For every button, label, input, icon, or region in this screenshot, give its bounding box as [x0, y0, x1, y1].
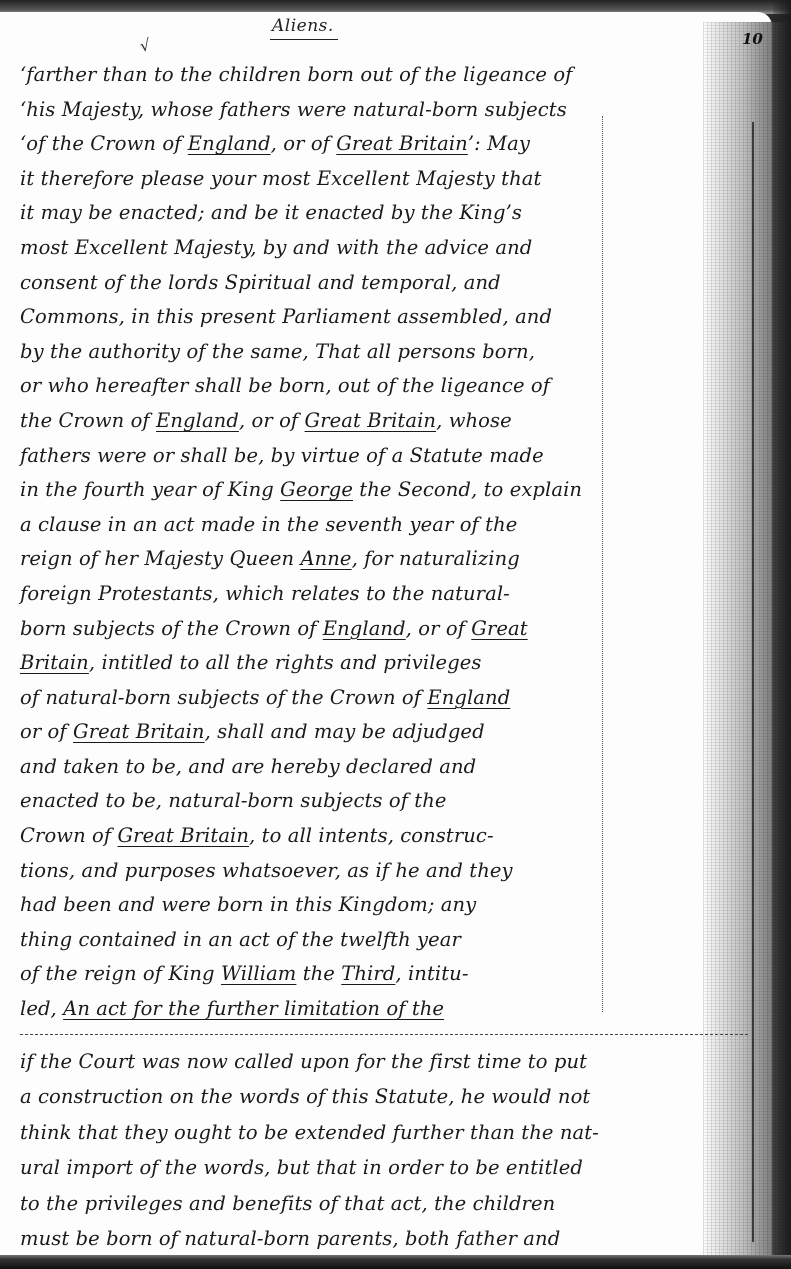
underlined-phrase: George [280, 478, 353, 501]
statute-line: in the fourth year of King George the Se… [20, 473, 610, 508]
text-segment: , or of [239, 409, 305, 432]
text-segment: a construction on the words of this Stat… [20, 1085, 590, 1108]
underlined-phrase: An act for the further limitation of the [63, 997, 444, 1020]
text-segment: if the Court was now called upon for the… [20, 1050, 587, 1073]
scan-right-edge [773, 0, 791, 1269]
text-segment: , to all intents, construc- [249, 824, 494, 847]
text-segment: the [296, 962, 341, 985]
statute-line: thing contained in an act of the twelfth… [20, 923, 610, 958]
statute-line: ‘his Majesty, whose fathers were natural… [20, 93, 610, 128]
text-segment: ‘of the Crown of [20, 132, 188, 155]
text-segment: or who hereafter shall be born, out of t… [20, 374, 550, 397]
underlined-phrase: England [323, 617, 406, 640]
underlined-phrase: England [188, 132, 271, 155]
text-segment: and taken to be, and are hereby declared… [20, 755, 476, 778]
statute-line: most Excellent Majesty, by and with the … [20, 231, 610, 266]
text-segment: it may be enacted; and be it enacted by … [20, 201, 522, 224]
page-number: 10 [742, 30, 763, 48]
statute-line: tions, and purposes whatsoever, as if he… [20, 854, 610, 889]
text-segment: thing contained in an act of the twelfth… [20, 928, 461, 951]
text-segment: led, [20, 997, 63, 1020]
underlined-phrase: Great Britain [336, 132, 468, 155]
underlined-phrase: Britain [20, 651, 89, 674]
underlined-phrase: William [221, 962, 296, 985]
underlined-phrase: Great Britain [305, 409, 437, 432]
statute-line: consent of the lords Spiritual and tempo… [20, 266, 610, 301]
statute-line: Britain, intitled to all the rights and … [20, 646, 610, 681]
statute-line: it therefore please your most Excellent … [20, 162, 610, 197]
statute-line: or who hereafter shall be born, out of t… [20, 369, 610, 404]
text-segment: Crown of [20, 824, 118, 847]
section-divider [20, 1034, 748, 1035]
text-segment: the Second, to explain [353, 478, 582, 501]
text-segment: born subjects of the Crown of [20, 617, 323, 640]
text-segment: tions, and purposes whatsoever, as if he… [20, 859, 513, 882]
text-segment: , for naturalizing [352, 547, 520, 570]
text-segment: it therefore please your most Excellent … [20, 167, 541, 190]
text-segment: think that they ought to be extended fur… [20, 1121, 599, 1144]
underlined-phrase: Great Britain [118, 824, 250, 847]
text-segment: , intitled to all the rights and privile… [89, 651, 482, 674]
statute-line: or of Great Britain, shall and may be ad… [20, 715, 610, 750]
commentary-line: must be born of natural-born parents, bo… [20, 1221, 760, 1256]
quoted-statute-text: ‘farther than to the children born out o… [20, 58, 610, 1027]
statute-line: fathers were or shall be, by virtue of a… [20, 439, 610, 474]
statute-line: ‘of the Crown of England, or of Great Br… [20, 127, 610, 162]
text-segment: Commons, in this present Parliament asse… [20, 305, 552, 328]
text-segment: the Crown of [20, 409, 156, 432]
commentary-line: a construction on the words of this Stat… [20, 1079, 760, 1114]
statute-line: a clause in an act made in the seventh y… [20, 508, 610, 543]
text-segment: ural import of the words, but that in or… [20, 1156, 583, 1179]
statute-line: by the authority of the same, That all p… [20, 335, 610, 370]
underlined-phrase: England [156, 409, 239, 432]
commentary-line: if the Court was now called upon for the… [20, 1044, 760, 1079]
page-heading: Aliens. [272, 16, 334, 36]
text-segment: fathers were or shall be, by virtue of a… [20, 444, 544, 467]
text-segment: ‘farther than to the children born out o… [20, 63, 572, 86]
commentary-line: think that they ought to be extended fur… [20, 1115, 760, 1150]
commentary-text: if the Court was now called upon for the… [20, 1044, 760, 1256]
statute-line: and taken to be, and are hereby declared… [20, 750, 610, 785]
text-segment: of the reign of King [20, 962, 221, 985]
text-segment: enacted to be, natural-born subjects of … [20, 789, 447, 812]
scan-bottom-edge [0, 1255, 791, 1269]
text-segment: had been and were born in this Kingdom; … [20, 893, 476, 916]
underlined-phrase: Third [341, 962, 395, 985]
statute-line: led, An act for the further limitation o… [20, 992, 610, 1027]
text-segment: , whose [436, 409, 512, 432]
text-segment: or of [20, 720, 73, 743]
text-segment: , shall and may be adjudged [205, 720, 485, 743]
underlined-phrase: Great [471, 617, 527, 640]
statute-line: Commons, in this present Parliament asse… [20, 300, 610, 335]
text-segment: , or of [406, 617, 472, 640]
text-segment: of natural-born subjects of the Crown of [20, 686, 427, 709]
text-segment: , or of [271, 132, 337, 155]
statute-line: reign of her Majesty Queen Anne, for nat… [20, 542, 610, 577]
text-segment: ‘his Majesty, whose fathers were natural… [20, 98, 567, 121]
statute-line: had been and were born in this Kingdom; … [20, 888, 610, 923]
text-segment: consent of the lords Spiritual and tempo… [20, 271, 501, 294]
underlined-phrase: Anne [300, 547, 351, 570]
text-segment: foreign Protestants, which relates to th… [20, 582, 510, 605]
text-segment: ’: May [468, 132, 530, 155]
text-segment: by the authority of the same, That all p… [20, 340, 535, 363]
statute-line: the Crown of England, or of Great Britai… [20, 404, 610, 439]
statute-line: of the reign of King William the Third, … [20, 957, 610, 992]
statute-line: it may be enacted; and be it enacted by … [20, 196, 610, 231]
statute-line: enacted to be, natural-born subjects of … [20, 784, 610, 819]
text-segment: a clause in an act made in the seventh y… [20, 513, 517, 536]
text-segment: must be born of natural-born parents, bo… [20, 1227, 560, 1250]
text-segment: reign of her Majesty Queen [20, 547, 300, 570]
underlined-phrase: Great Britain [73, 720, 205, 743]
text-segment: most Excellent Majesty, by and with the … [20, 236, 532, 259]
text-segment: to the privileges and benefits of that a… [20, 1192, 555, 1215]
underlined-phrase: England [427, 686, 510, 709]
statute-line: foreign Protestants, which relates to th… [20, 577, 610, 612]
commentary-line: to the privileges and benefits of that a… [20, 1186, 760, 1221]
text-segment: , intitu- [395, 962, 468, 985]
statute-line: of natural-born subjects of the Crown of… [20, 681, 610, 716]
text-segment: in the fourth year of King [20, 478, 280, 501]
statute-line: born subjects of the Crown of England, o… [20, 612, 610, 647]
commentary-line: ural import of the words, but that in or… [20, 1150, 760, 1185]
statute-line: ‘farther than to the children born out o… [20, 58, 610, 93]
statute-line: Crown of Great Britain, to all intents, … [20, 819, 610, 854]
